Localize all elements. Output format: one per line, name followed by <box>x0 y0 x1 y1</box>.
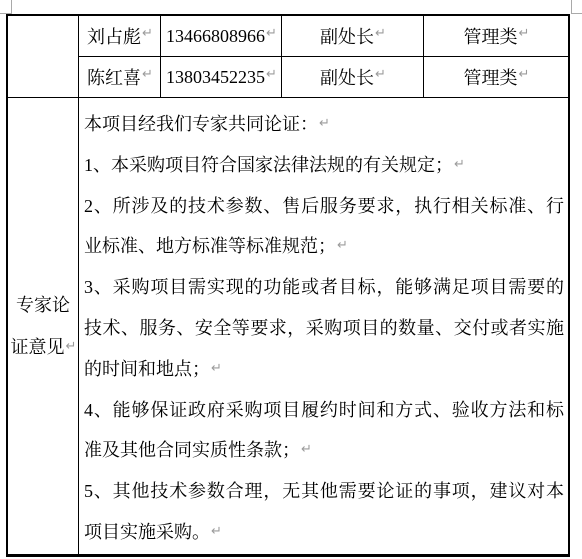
opinion-line-text: 2、所涉及的技术参数、售后服务要求，执行相关标准、行 <box>84 196 564 216</box>
expert-row-2-name-cell[interactable]: 陈红喜↵ <box>79 57 161 98</box>
paragraph-return-mark-icon: ↵ <box>211 524 222 539</box>
opinion-line-text: 4、能够保证政府采购项目履约时间和方式、验收方法和标 <box>84 400 564 420</box>
opinion-paragraph-6-line-2[interactable]: 项目实施采购。↵ <box>84 512 564 553</box>
opinion-paragraph-1-line-1[interactable]: 本项目经我们专家共同论证：↵ <box>84 104 564 145</box>
position-text: 副处长 <box>320 64 374 90</box>
name-text: 陈红喜 <box>87 64 141 90</box>
paragraph-return-mark-icon: ↵ <box>266 26 277 41</box>
expert-row-2-phone-cell[interactable]: 13803452235↵ <box>161 57 282 98</box>
opinion-line-text: 1、本采购项目符合国家法律法规的有关规定； <box>84 155 453 175</box>
opinion-label-cell[interactable]: 专家论证意见↵ <box>8 98 79 554</box>
expert-table: 专家论证意见↵ 本项目经我们专家共同论证：↵1、本采购项目符合国家法律法规的有关… <box>6 14 570 557</box>
category-text: 管理类 <box>464 23 518 49</box>
paragraph-return-mark-icon: ↵ <box>375 67 386 82</box>
opinion-paragraph-5-line-2[interactable]: 准及其他合同实质性条款；↵ <box>84 430 564 471</box>
opinion-paragraph-4-line-3[interactable]: 的时间和地点；↵ <box>84 349 564 390</box>
phone-text: 13803452235 <box>166 67 265 88</box>
name-text: 刘占彪 <box>87 23 141 49</box>
paragraph-return-mark-icon: ↵ <box>319 116 330 131</box>
opinion-paragraph-4-line-2[interactable]: 技术、服务、安全等要求，采购项目的数量、交付或者实施 <box>84 308 564 349</box>
document-page: { "document": { "colors": { "background"… <box>0 0 582 559</box>
paragraph-return-mark-icon: ↵ <box>142 26 153 41</box>
opinion-paragraph-3-line-2[interactable]: 业标准、地方标准等标准规范；↵ <box>84 226 564 267</box>
empty-merged-cell[interactable] <box>8 16 79 98</box>
expert-row-2-category-cell[interactable]: 管理类↵ <box>424 57 568 98</box>
expert-row-1-position-cell[interactable]: 副处长↵ <box>282 16 424 57</box>
paragraph-return-mark-icon: ↵ <box>337 238 348 253</box>
paragraph-return-mark-icon: ↵ <box>454 157 465 172</box>
opinion-line-text: 技术、服务、安全等要求，采购项目的数量、交付或者实施 <box>84 318 564 338</box>
opinion-paragraph-6-line-1[interactable]: 5、其他技术参数合理，无其他需要论证的事项，建议对本 <box>84 471 564 512</box>
opinion-paragraph-4-line-1[interactable]: 3、采购项目需实现的功能或者目标，能够满足项目需要的 <box>84 267 564 308</box>
margin-corner-mark-left <box>0 0 12 14</box>
paragraph-return-mark-icon: ↵ <box>66 339 77 354</box>
paragraph-return-mark-icon: ↵ <box>375 26 386 41</box>
opinion-cell[interactable]: 本项目经我们专家共同论证：↵1、本采购项目符合国家法律法规的有关规定；↵2、所涉… <box>79 98 568 554</box>
paragraph-return-mark-icon: ↵ <box>519 67 530 82</box>
opinion-paragraph-3-line-1[interactable]: 2、所涉及的技术参数、售后服务要求，执行相关标准、行 <box>84 186 564 227</box>
paragraph-return-mark-icon: ↵ <box>301 442 312 457</box>
opinion-line-text: 本项目经我们专家共同论证： <box>84 114 318 134</box>
position-text: 副处长 <box>320 23 374 49</box>
paragraph-return-mark-icon: ↵ <box>519 26 530 41</box>
paragraph-return-mark-icon: ↵ <box>142 67 153 82</box>
expert-row-1-category-cell[interactable]: 管理类↵ <box>424 16 568 57</box>
opinion-line-text: 5、其他技术参数合理，无其他需要论证的事项，建议对本 <box>84 481 564 501</box>
paragraph-return-mark-icon: ↵ <box>266 67 277 82</box>
opinion-paragraph-5-line-1[interactable]: 4、能够保证政府采购项目履约时间和方式、验收方法和标 <box>84 390 564 431</box>
opinion-line-text: 项目实施采购。 <box>84 522 210 542</box>
phone-text: 13466808966 <box>166 26 265 47</box>
expert-row-1-name-cell[interactable]: 刘占彪↵ <box>79 16 161 57</box>
opinion-line-text: 的时间和地点； <box>84 359 210 379</box>
paragraph-return-mark-icon: ↵ <box>211 361 222 376</box>
opinion-label-text: 证意见 <box>11 337 65 357</box>
margin-corner-mark-right <box>571 0 582 14</box>
category-text: 管理类 <box>464 64 518 90</box>
opinion-line-text: 准及其他合同实质性条款； <box>84 440 300 460</box>
opinion-line-text: 业标准、地方标准等标准规范； <box>84 236 336 256</box>
expert-row-1-phone-cell[interactable]: 13466808966↵ <box>161 16 282 57</box>
opinion-paragraph-2-line-1[interactable]: 1、本采购项目符合国家法律法规的有关规定；↵ <box>84 145 564 186</box>
opinion-label-line-1: 专家论 <box>16 284 70 326</box>
opinion-line-text: 3、采购项目需实现的功能或者目标，能够满足项目需要的 <box>84 277 564 297</box>
expert-row-2-position-cell[interactable]: 副处长↵ <box>282 57 424 98</box>
opinion-label-line-2: 证意见↵ <box>11 326 76 368</box>
opinion-label-text: 专家论 <box>16 295 70 315</box>
